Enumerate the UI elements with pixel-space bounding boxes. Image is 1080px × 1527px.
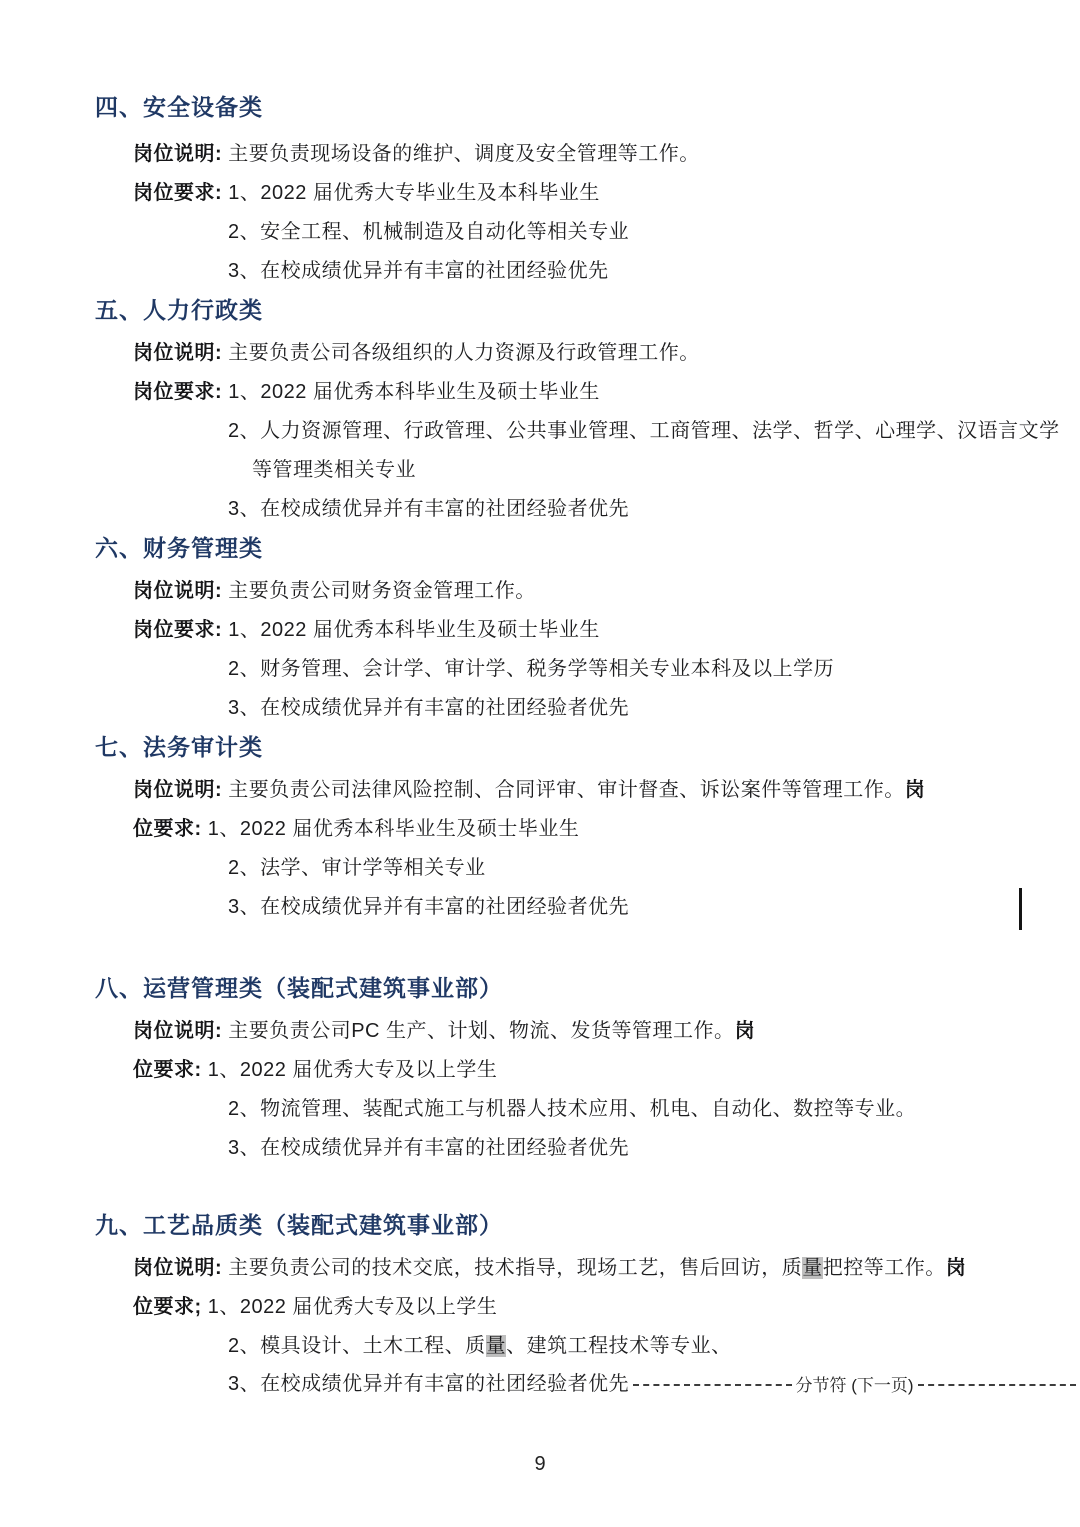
req-item: 3、在校成绩优异并有丰富的社团经验者优先 bbox=[228, 497, 629, 521]
desc-line: 岗位说明: 主要负责公司PC 生产、计划、物流、发货等管理工作。岗 bbox=[133, 1019, 755, 1043]
desc-wrapped-label-start: 岗 bbox=[946, 1257, 967, 1279]
req-line: 位要求: 1、2022 届优秀大专及以上学生 bbox=[133, 1058, 497, 1082]
desc-text: 主要负责公司财务资金管理工作。 bbox=[228, 580, 536, 602]
highlighted-char: 量 bbox=[802, 1257, 823, 1279]
req-text: 1、2022 届优秀大专毕业生及本科毕业生 bbox=[228, 182, 600, 204]
section-heading-5: 五、人力行政类 bbox=[95, 298, 263, 323]
req-label: 位要求: bbox=[133, 818, 208, 840]
highlighted-char: 量 bbox=[486, 1335, 507, 1357]
req-item: 3、在校成绩优异并有丰富的社团经验者优先 bbox=[228, 696, 629, 720]
desc-wrapped-label-start: 岗 bbox=[735, 1020, 756, 1042]
desc-wrapped-label-start: 岗 bbox=[905, 779, 926, 801]
req-item: 2、法学、审计学等相关专业 bbox=[228, 856, 486, 880]
req-line: 岗位要求: 1、2022 届优秀大专毕业生及本科毕业生 bbox=[133, 181, 600, 205]
section-break-dash-right bbox=[918, 1384, 1076, 1386]
desc-text: 主要负责公司法律风险控制、合同评审、审计督查、诉讼案件等管理工作。 bbox=[228, 779, 905, 801]
req-item: 2、财务管理、会计学、审计学、税务学等相关专业本科及以上学历 bbox=[228, 657, 834, 681]
section-heading-9: 九、工艺品质类（装配式建筑事业部） bbox=[95, 1213, 503, 1238]
req-label: 岗位要求: bbox=[133, 619, 228, 641]
req-line: 岗位要求: 1、2022 届优秀本科毕业生及硕士毕业生 bbox=[133, 618, 600, 642]
desc-label: 岗位说明: bbox=[133, 1020, 228, 1042]
section-heading-6: 六、财务管理类 bbox=[95, 536, 263, 561]
req-item-text-after-highlight: 、建筑工程技术等专业、 bbox=[506, 1335, 732, 1357]
desc-text: 主要负责公司的技术交底，技术指导，现场工艺，售后回访，质 bbox=[228, 1257, 802, 1279]
req-item: 2、安全工程、机械制造及自动化等相关专业 bbox=[228, 220, 629, 244]
req-label: 岗位要求: bbox=[133, 182, 228, 204]
text-cursor bbox=[1019, 888, 1022, 930]
section-break-label: 分节符 (下一页) bbox=[796, 1371, 914, 1396]
desc-text: 主要负责现场设备的维护、调度及安全管理等工作。 bbox=[228, 143, 700, 165]
section-heading-4: 四、安全设备类 bbox=[95, 95, 263, 120]
desc-label: 岗位说明: bbox=[133, 143, 228, 165]
req-item: 2、人力资源管理、行政管理、公共事业管理、工商管理、法学、哲学、心理学、汉语言文… bbox=[228, 419, 1060, 443]
desc-label: 岗位说明: bbox=[133, 1257, 228, 1279]
req-line: 岗位要求: 1、2022 届优秀本科毕业生及硕士毕业生 bbox=[133, 380, 600, 404]
desc-line: 岗位说明: 主要负责现场设备的维护、调度及安全管理等工作。 bbox=[133, 142, 700, 166]
req-item: 2、模具设计、土木工程、质量、建筑工程技术等专业、 bbox=[228, 1334, 732, 1358]
desc-text: 主要负责公司各级组织的人力资源及行政管理工作。 bbox=[228, 342, 700, 364]
desc-text-after-highlight: 把控等工作。 bbox=[823, 1257, 946, 1279]
req-label: 位要求; bbox=[133, 1296, 208, 1318]
desc-line: 岗位说明: 主要负责公司各级组织的人力资源及行政管理工作。 bbox=[133, 341, 700, 365]
req-label: 岗位要求: bbox=[133, 381, 228, 403]
document-page: 四、安全设备类 岗位说明: 主要负责现场设备的维护、调度及安全管理等工作。 岗位… bbox=[0, 0, 1080, 1527]
desc-label: 岗位说明: bbox=[133, 580, 228, 602]
section-break-dash-left bbox=[633, 1384, 791, 1386]
req-text: 1、2022 届优秀大专及以上学生 bbox=[208, 1296, 498, 1318]
section-heading-8: 八、运营管理类（装配式建筑事业部） bbox=[95, 976, 503, 1001]
req-line: 位要求; 1、2022 届优秀大专及以上学生 bbox=[133, 1295, 497, 1319]
page-number: 9 bbox=[0, 1453, 1080, 1476]
req-text: 1、2022 届优秀大专及以上学生 bbox=[208, 1059, 498, 1081]
desc-label: 岗位说明: bbox=[133, 779, 228, 801]
req-item: 3、在校成绩优异并有丰富的社团经验者优先 bbox=[228, 895, 629, 919]
req-text: 1、2022 届优秀本科毕业生及硕士毕业生 bbox=[228, 381, 600, 403]
req-item-continuation: 等管理类相关专业 bbox=[252, 458, 416, 482]
section-heading-7: 七、法务审计类 bbox=[95, 735, 263, 760]
desc-line: 岗位说明: 主要负责公司财务资金管理工作。 bbox=[133, 579, 536, 603]
req-item-text: 2、模具设计、土木工程、质 bbox=[228, 1335, 486, 1357]
req-item: 3、在校成绩优异并有丰富的社团经验优先 bbox=[228, 259, 609, 283]
desc-text: 主要负责公司PC 生产、计划、物流、发货等管理工作。 bbox=[228, 1020, 734, 1042]
desc-line: 岗位说明: 主要负责公司的技术交底，技术指导，现场工艺，售后回访，质量把控等工作… bbox=[133, 1256, 966, 1280]
req-item: 3、在校成绩优异并有丰富的社团经验者优先 bbox=[228, 1372, 629, 1396]
desc-label: 岗位说明: bbox=[133, 342, 228, 364]
req-text: 1、2022 届优秀本科毕业生及硕士毕业生 bbox=[228, 619, 600, 641]
req-item: 2、物流管理、装配式施工与机器人技术应用、机电、自动化、数控等专业。 bbox=[228, 1097, 916, 1121]
req-label: 位要求: bbox=[133, 1059, 208, 1081]
req-item: 3、在校成绩优异并有丰富的社团经验者优先 bbox=[228, 1136, 629, 1160]
req-line: 位要求: 1、2022 届优秀本科毕业生及硕士毕业生 bbox=[133, 817, 579, 841]
req-text: 1、2022 届优秀本科毕业生及硕士毕业生 bbox=[208, 818, 580, 840]
section-break-row: 3、在校成绩优异并有丰富的社团经验者优先 分节符 (下一页) bbox=[228, 1371, 1080, 1396]
desc-line: 岗位说明: 主要负责公司法律风险控制、合同评审、审计督查、诉讼案件等管理工作。岗 bbox=[133, 778, 925, 802]
